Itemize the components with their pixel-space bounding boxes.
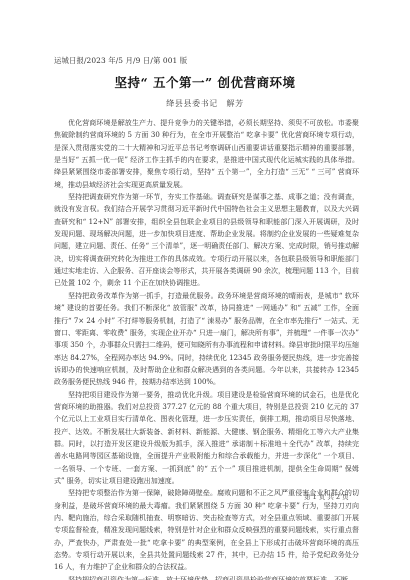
- paragraph: 优化营商环境是解放生产力、提升竞争力的关键举措，必须长期坚持、须臾不可放松。市委…: [54, 117, 359, 191]
- article-body: 优化营商环境是解放生产力、提升竞争力的关键举措，必须长期坚持、须臾不可放松。市委…: [54, 117, 359, 580]
- page-number: 第 1 页 共 2 页: [304, 492, 349, 501]
- article-author: 绛县县委书记 解芳: [0, 98, 410, 109]
- document-page: 运城日报/2023 年/5 月/9 日/第 001 版 坚持“ 五个第一” 创优…: [0, 0, 410, 580]
- paragraph: 坚持把项目建设作为第一要务，推动优化升级。项目建设是检验营商环境的试金石，也是优…: [54, 389, 359, 488]
- article-title: 坚持“ 五个第一” 创优营商环境: [0, 73, 410, 91]
- source-line: 运城日报/2023 年/5 月/9 日/第 001 版: [54, 55, 187, 66]
- paragraph: 坚持把调查研究作为第一环节，夯实工作基础。调查研究是谋事之基、成事之道；没有调查…: [54, 191, 359, 290]
- paragraph: 坚持把招商引资作为第一标准，放大环境优势。招商引资是检验营商环境的首要标准。不断: [54, 574, 359, 580]
- paragraph: 坚持把政务改革作为第一抓手，打造最优服务。政务环境是营商环境的晴雨表，是城市“ …: [54, 290, 359, 389]
